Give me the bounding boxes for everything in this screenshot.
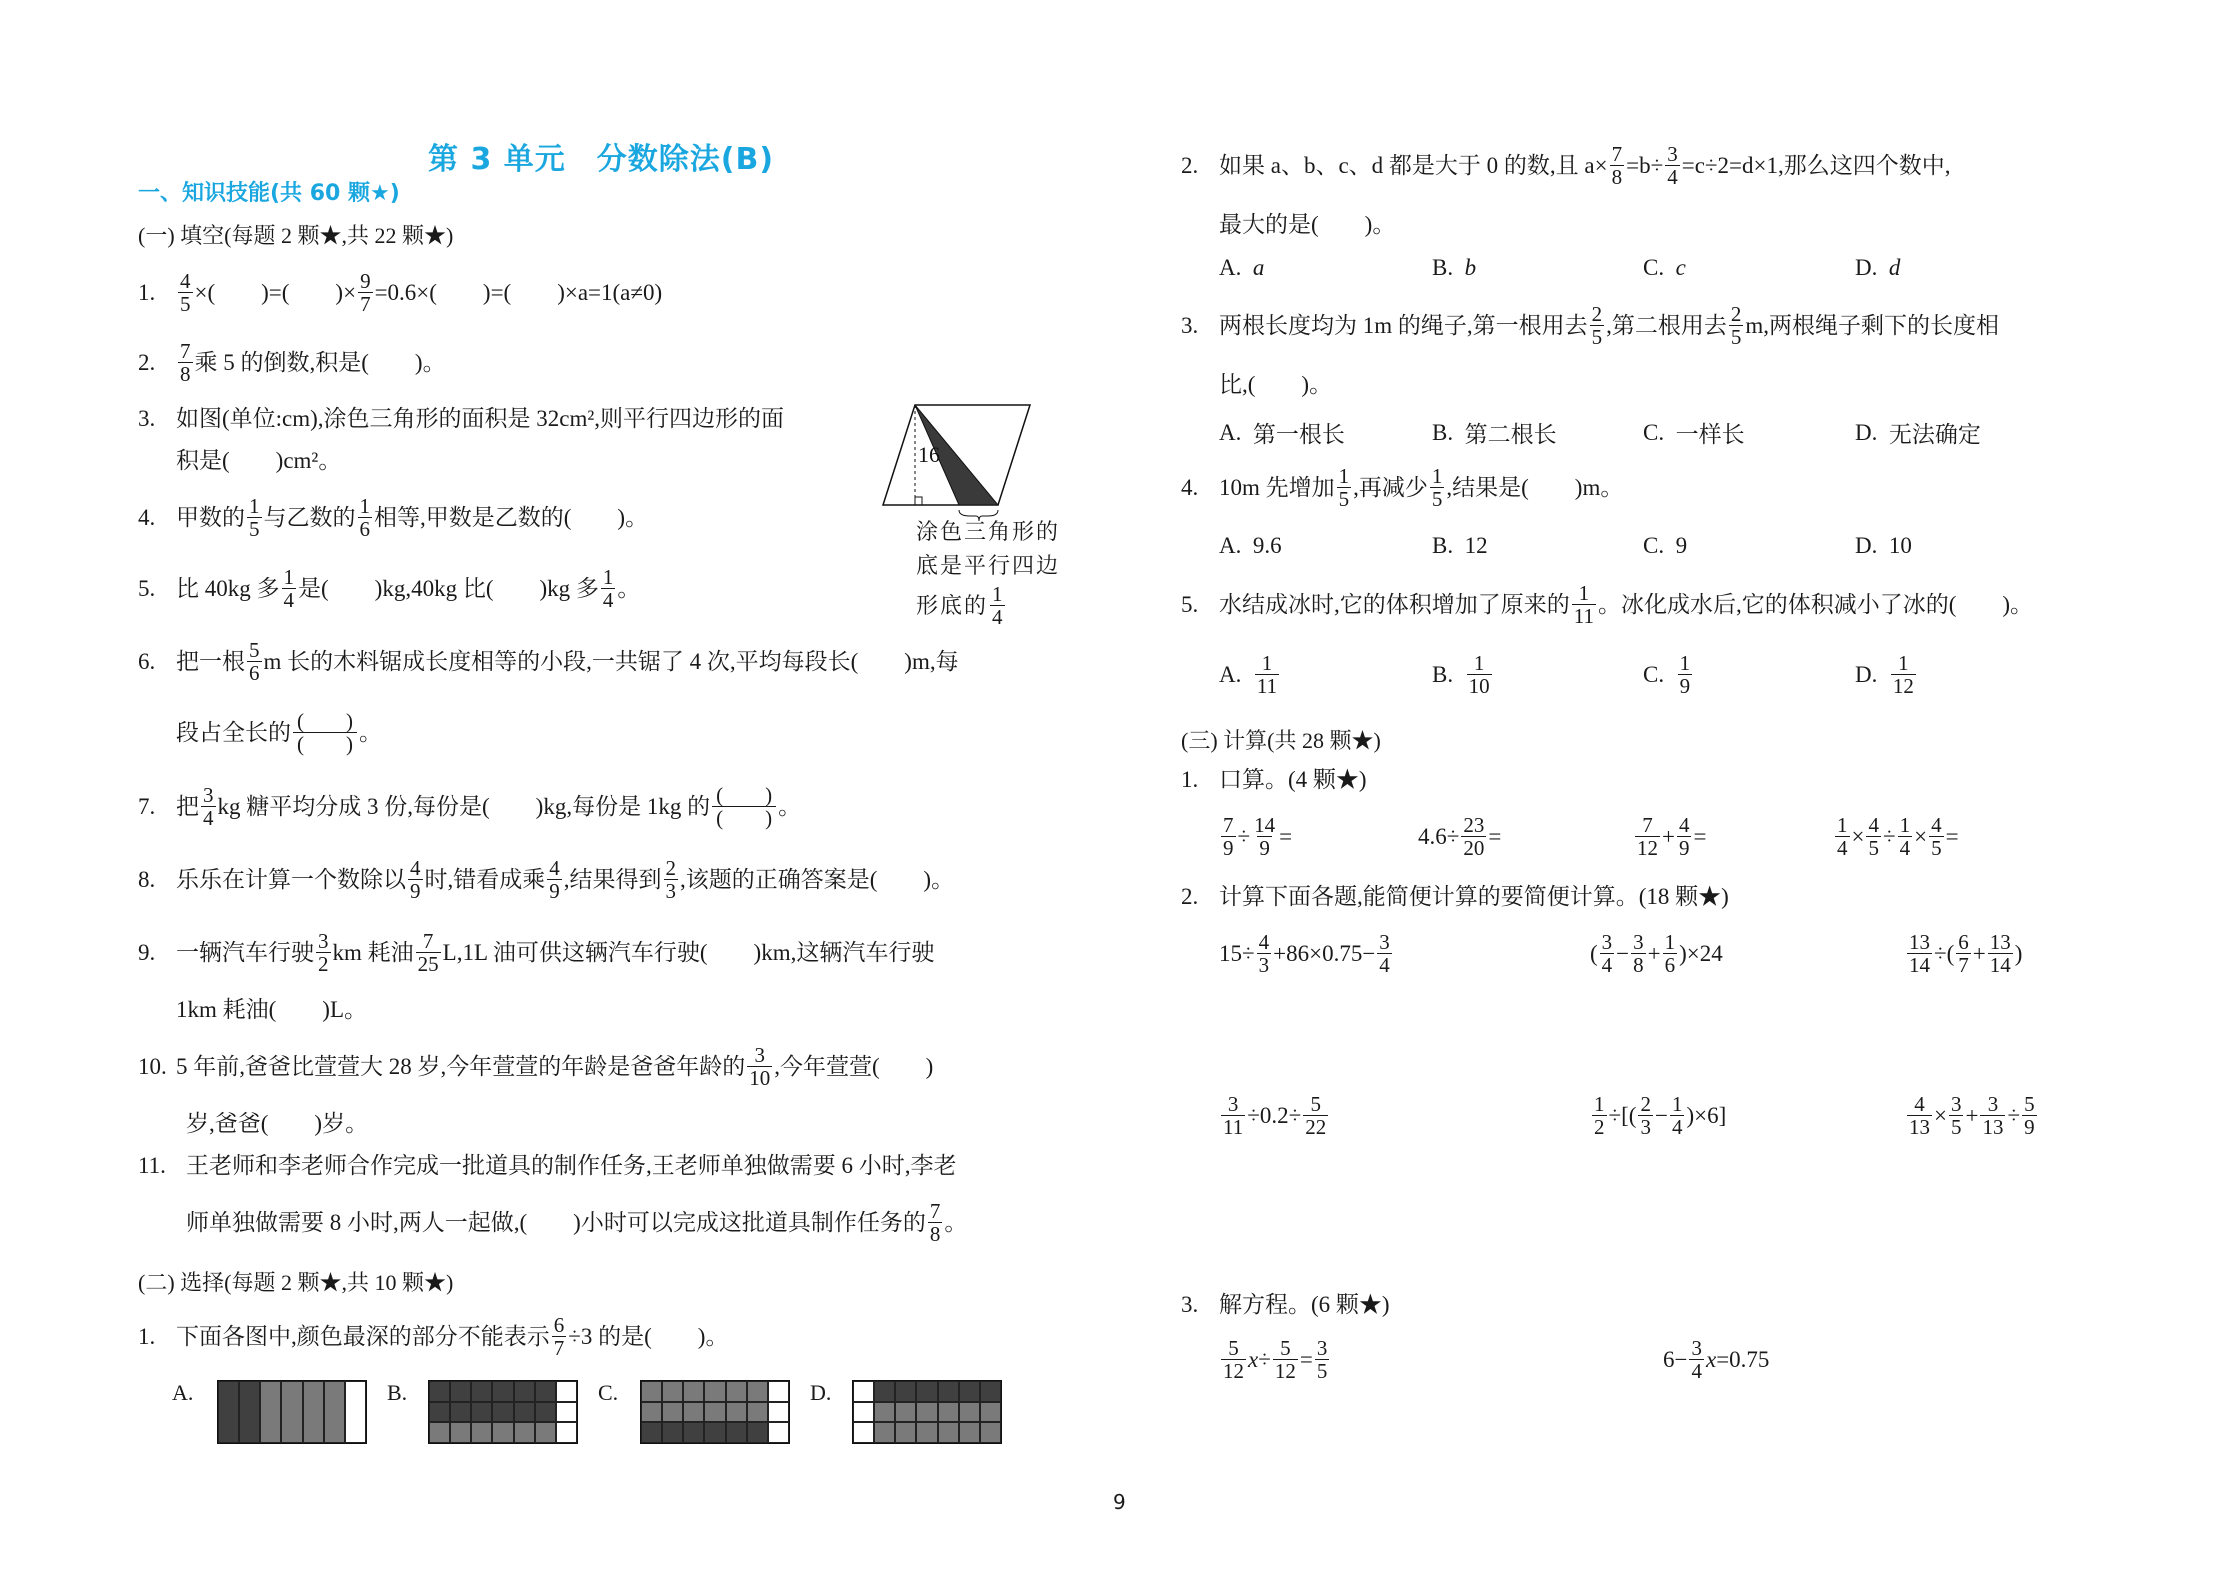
option-b[interactable]: B. b — [1432, 255, 1476, 281]
option-c[interactable]: C. c — [1643, 255, 1686, 281]
page-title: 第 3 单元 分数除法(B) — [428, 134, 774, 178]
option-c[interactable]: C. 19 — [1643, 652, 1694, 697]
choice-question-3: 3. 两根长度均为 1m 的绳子,第一根用去 25 ,第二根用去 25 m,两根… — [1181, 303, 1999, 348]
fill-question-6-line2: 段占全长的 ( )( ) 。 — [176, 710, 382, 755]
option-a[interactable]: A. a — [1219, 255, 1264, 281]
option-c-figure[interactable] — [640, 1380, 790, 1444]
calc-question-3: 3.解方程。(6 颗★) — [1181, 1293, 1390, 1316]
figure-note: 涂色三角形的 底是平行四边 形底的14 — [916, 515, 1060, 628]
equation: 512x÷512=35 — [1219, 1337, 1331, 1382]
expression: 4.6÷2320= — [1418, 814, 1501, 859]
option-c[interactable]: C. 9 — [1643, 533, 1687, 559]
parallelogram-figure: 16 — [880, 400, 1070, 525]
equation: 6−34x=0.75 — [1663, 1337, 1769, 1382]
fill-question-7: 7. 把 34 kg 糖平均分成 3 份,每份是( )kg,每份是 1kg 的 … — [138, 784, 801, 829]
part-heading-fill: (一) 填空(每题 2 颗★,共 22 颗★) — [138, 219, 453, 250]
choice-question-5: 5. 水结成冰时,它的体积增加了原来的 111 。冰化成水后,它的体积减小了冰的… — [1181, 582, 2033, 627]
expression: 413×35+313÷59 — [1905, 1093, 2039, 1138]
fill-question-10: 10. 5 年前,爸爸比萱萱大 28 岁,今年萱萱的年龄是爸爸年龄的 310 ,… — [138, 1044, 933, 1089]
option-a-label: A. — [172, 1380, 193, 1406]
option-d-figure[interactable] — [852, 1380, 1002, 1444]
fraction: 78 — [178, 340, 193, 385]
fill-question-11: 11. 王老师和李老师合作完成一批道具的制作任务,王老师单独做需要 6 小时,李… — [138, 1154, 957, 1177]
fill-question-6: 6. 把一根 56 m 长的木料锯成长度相等的小段,一共锯了 4 次,平均每段长… — [138, 639, 959, 684]
fill-question-10-line2: 岁,爸爸( )岁。 — [186, 1112, 368, 1135]
option-d[interactable]: D. d — [1855, 255, 1900, 281]
fill-question-3-line2: 积是( )cm²。 — [176, 449, 341, 472]
calc-question-2: 2.计算下面各题,能简便计算的要简便计算。(18 颗★) — [1181, 885, 1729, 908]
option-b-figure[interactable] — [428, 1380, 578, 1444]
expression: 12÷[(23−14)×6] — [1590, 1093, 1726, 1138]
part-heading-calc: (三) 计算(共 28 颗★) — [1181, 724, 1381, 755]
calc-question-1: 1.口算。(4 颗★) — [1181, 768, 1367, 791]
page-number: 9 — [1113, 1490, 1126, 1514]
fill-question-1: 1. 45 ×( )=( )× 97 =0.6×( )=( )×a=1(a≠0) — [138, 270, 662, 315]
fill-question-2: 2. 78 乘 5 的倒数,积是( )。 — [138, 340, 446, 385]
expression: 311÷0.2÷522 — [1219, 1093, 1330, 1138]
option-b-label: B. — [387, 1380, 407, 1406]
section-heading: 一、知识技能(共 60 颗★) — [138, 176, 400, 207]
expression: (34−38+16)×24 — [1590, 931, 1723, 976]
fill-question-8: 8. 乐乐在计算一个数除以 49 时,错看成乘 49 ,结果得到 23 ,该题的… — [138, 857, 954, 902]
expression: 15÷43+86×0.75−34 — [1219, 931, 1394, 976]
fill-question-5: 5. 比 40kg 多 14 是( )kg,40kg 比( )kg 多 14 。 — [138, 566, 640, 611]
option-b[interactable]: B. 第二根长 — [1432, 416, 1557, 449]
option-b[interactable]: B. 110 — [1432, 652, 1494, 697]
option-a-figure[interactable] — [217, 1380, 367, 1444]
option-c-label: C. — [598, 1380, 618, 1406]
expression: 1314÷(67+1314) — [1905, 931, 2022, 976]
option-d[interactable]: D. 无法确定 — [1855, 416, 1981, 449]
option-d-label: D. — [810, 1380, 831, 1406]
fill-question-3: 3. 如图(单位:cm),涂色三角形的面积是 32cm²,则平行四边形的面 — [138, 407, 784, 430]
option-b[interactable]: B. 12 — [1432, 533, 1488, 559]
fill-question-9: 9. 一辆汽车行驶 32 km 耗油 725 L,1L 油可供这辆汽车行驶( )… — [138, 930, 934, 975]
fill-question-4: 4. 甲数的 15 与乙数的 16 相等,甲数是乙数的( )。 — [138, 495, 648, 540]
svg-text:16: 16 — [918, 442, 940, 467]
choice-question-2-line2: 最大的是( )。 — [1219, 213, 1395, 236]
expression: 712+49= — [1633, 814, 1706, 859]
option-c[interactable]: C. 一样长 — [1643, 416, 1745, 449]
expression: 79÷149= — [1219, 814, 1292, 859]
part-heading-choice: (二) 选择(每题 2 颗★,共 10 颗★) — [138, 1266, 453, 1297]
fraction: 45 — [178, 270, 193, 315]
choice-question-4: 4. 10m 先增加 15 ,再减少 15 ,结果是( )m。 — [1181, 465, 1623, 510]
fill-question-9-line2: 1km 耗油( )L。 — [176, 998, 367, 1021]
fraction: 97 — [358, 270, 373, 315]
choice-question-1: 1. 下面各图中,颜色最深的部分不能表示 67 ÷3 的是( )。 — [138, 1314, 728, 1359]
fill-question-11-line2: 师单独做需要 8 小时,两人一起做,( )小时可以完成这批道具制作任务的 78 … — [186, 1200, 967, 1245]
option-d[interactable]: D. 10 — [1855, 533, 1912, 559]
option-d[interactable]: D. 112 — [1855, 652, 1918, 697]
choice-question-2: 2. 如果 a、b、c、d 都是大于 0 的数,且 a× 78 =b÷ 34 =… — [1181, 143, 1950, 188]
option-a[interactable]: A. 9.6 — [1219, 533, 1282, 559]
choice-question-3-line2: 比,( )。 — [1219, 373, 1332, 396]
expression: 14×45÷14×45= — [1833, 814, 1959, 859]
option-a[interactable]: A. 第一根长 — [1219, 416, 1345, 449]
option-a[interactable]: A. 111 — [1219, 652, 1281, 697]
